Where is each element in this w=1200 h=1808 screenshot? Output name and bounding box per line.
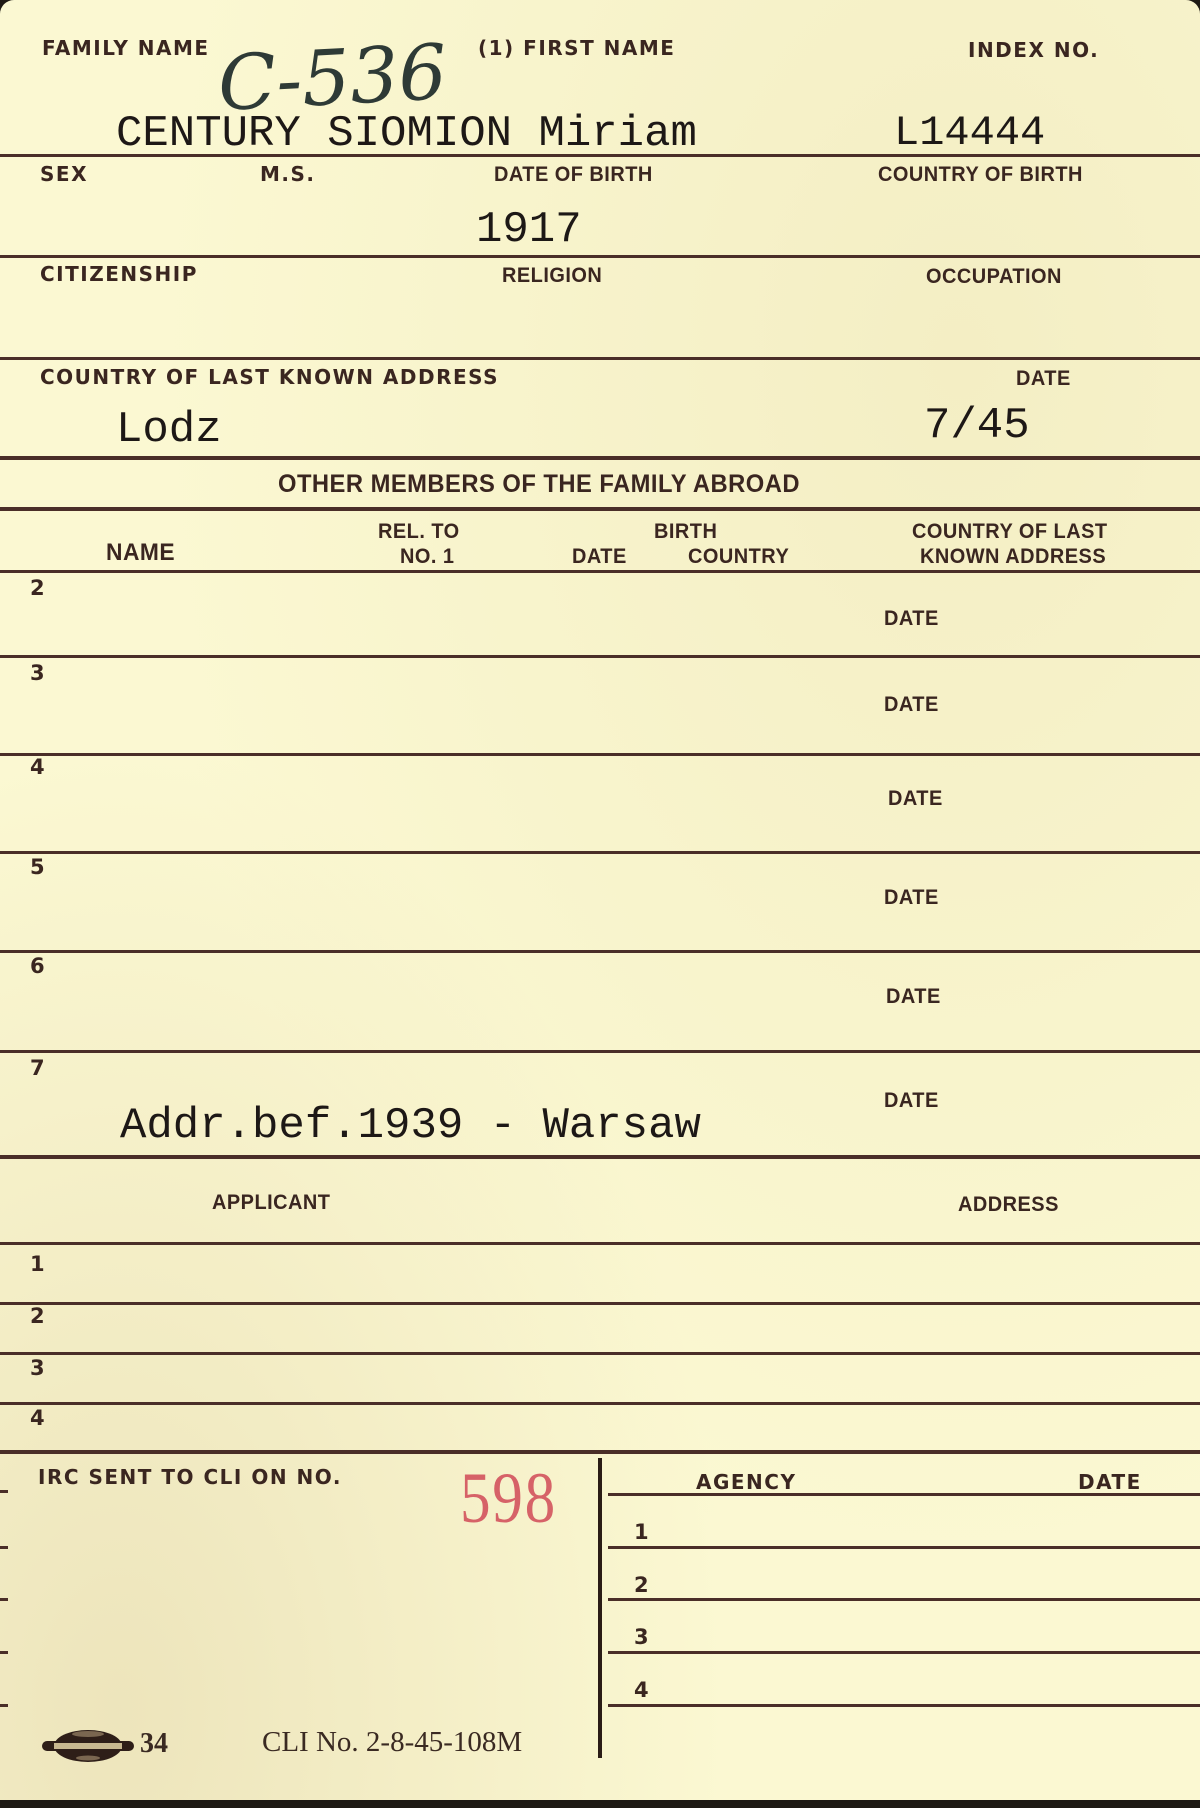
agency-row-number: 3 — [634, 1627, 649, 1648]
union-number: 34 — [140, 1730, 168, 1758]
religion-label: RELIGION — [502, 265, 602, 286]
rule — [0, 357, 1200, 360]
last-address-date-label: DATE — [1016, 368, 1071, 389]
row-date-label: DATE — [888, 788, 943, 809]
last-address-value: Lodz — [116, 408, 222, 452]
first-name-label: (1) FIRST NAME — [478, 38, 675, 58]
row-number: 5 — [30, 857, 45, 878]
rule — [608, 1651, 1200, 1654]
agency-row-number: 4 — [634, 1680, 649, 1701]
agency-row-number: 1 — [634, 1522, 649, 1543]
tick — [0, 1704, 8, 1707]
divider — [598, 1458, 602, 1758]
col-known-address-label: KNOWN ADDRESS — [920, 546, 1106, 567]
rule — [608, 1598, 1200, 1601]
row-note: Addr.bef.1939 - Warsaw — [120, 1104, 701, 1148]
applicant-row-number: 4 — [30, 1408, 45, 1429]
occupation-label: OCCUPATION — [926, 266, 1062, 287]
date-of-birth-label: DATE OF BIRTH — [494, 164, 653, 185]
rule — [0, 1450, 1200, 1454]
row-date-label: DATE — [884, 694, 939, 715]
applicant-address-label: ADDRESS — [958, 1194, 1059, 1215]
tick — [0, 1490, 8, 1493]
rule — [0, 154, 1200, 157]
col-name-label: NAME — [106, 541, 175, 565]
row-date-label: DATE — [884, 608, 939, 629]
last-address-date-value: 7/45 — [924, 404, 1030, 448]
union-label-logo-icon — [40, 1726, 136, 1766]
rule — [0, 456, 1200, 460]
agency-label: AGENCY — [696, 1472, 796, 1492]
tick — [0, 1546, 8, 1549]
name-value: CENTURY SIOMION Miriam — [116, 112, 697, 156]
rule — [0, 1242, 1200, 1245]
col-country-last-label: COUNTRY OF LAST — [912, 521, 1108, 542]
agency-date-label: DATE — [1078, 1472, 1142, 1492]
col-no1-label: NO. 1 — [400, 546, 454, 567]
index-no-label: INDEX NO. — [968, 40, 1099, 60]
rule — [0, 1155, 1200, 1159]
marital-status-label: M.S. — [260, 164, 316, 184]
row-number: 3 — [30, 663, 45, 684]
agency-row-number: 2 — [634, 1575, 649, 1596]
row-number: 7 — [30, 1058, 45, 1079]
country-of-birth-label: COUNTRY OF BIRTH — [878, 164, 1083, 185]
irc-sent-label: IRC SENT TO CLI ON NO. — [38, 1467, 342, 1487]
applicant-row-number: 1 — [30, 1254, 45, 1275]
date-of-birth-value: 1917 — [476, 208, 582, 252]
family-abroad-title: OTHER MEMBERS OF THE FAMILY ABROAD — [278, 472, 800, 497]
rule — [0, 1302, 1200, 1305]
row-number: 2 — [30, 578, 45, 599]
index-no-value: L14444 — [894, 112, 1045, 154]
col-rel-to-label: REL. TO — [378, 521, 460, 542]
irc-number-stamp: 598 — [460, 1462, 557, 1534]
rule — [0, 655, 1200, 658]
family-name-label: FAMILY NAME — [42, 38, 210, 58]
rule — [0, 255, 1200, 258]
tick — [0, 1651, 8, 1654]
applicant-label: APPLICANT — [212, 1192, 330, 1213]
rule — [0, 1050, 1200, 1053]
form-code: CLI No. 2-8-45-108M — [262, 1728, 522, 1757]
rule — [0, 1402, 1200, 1405]
rule — [0, 507, 1200, 511]
rule — [0, 950, 1200, 953]
index-card: FAMILY NAME (1) FIRST NAME INDEX NO. C-5… — [0, 0, 1200, 1800]
col-birth-label: BIRTH — [654, 521, 717, 542]
rule — [0, 570, 1200, 573]
sex-label: SEX — [40, 164, 88, 184]
rule — [0, 1352, 1200, 1355]
col-birth-country-label: COUNTRY — [688, 546, 789, 567]
row-date-label: DATE — [884, 1090, 939, 1111]
row-date-label: DATE — [884, 887, 939, 908]
rule — [608, 1546, 1200, 1549]
rule — [0, 753, 1200, 756]
citizenship-label: CITIZENSHIP — [40, 264, 198, 284]
col-birth-date-label: DATE — [572, 546, 627, 567]
row-number: 4 — [30, 757, 45, 778]
rule — [608, 1493, 1200, 1496]
tick — [0, 1598, 8, 1601]
rule — [608, 1704, 1200, 1707]
row-number: 6 — [30, 956, 45, 977]
rule — [0, 851, 1200, 854]
applicant-row-number: 2 — [30, 1306, 45, 1327]
last-address-label: COUNTRY OF LAST KNOWN ADDRESS — [40, 367, 499, 387]
applicant-row-number: 3 — [30, 1358, 45, 1379]
row-date-label: DATE — [886, 986, 941, 1007]
